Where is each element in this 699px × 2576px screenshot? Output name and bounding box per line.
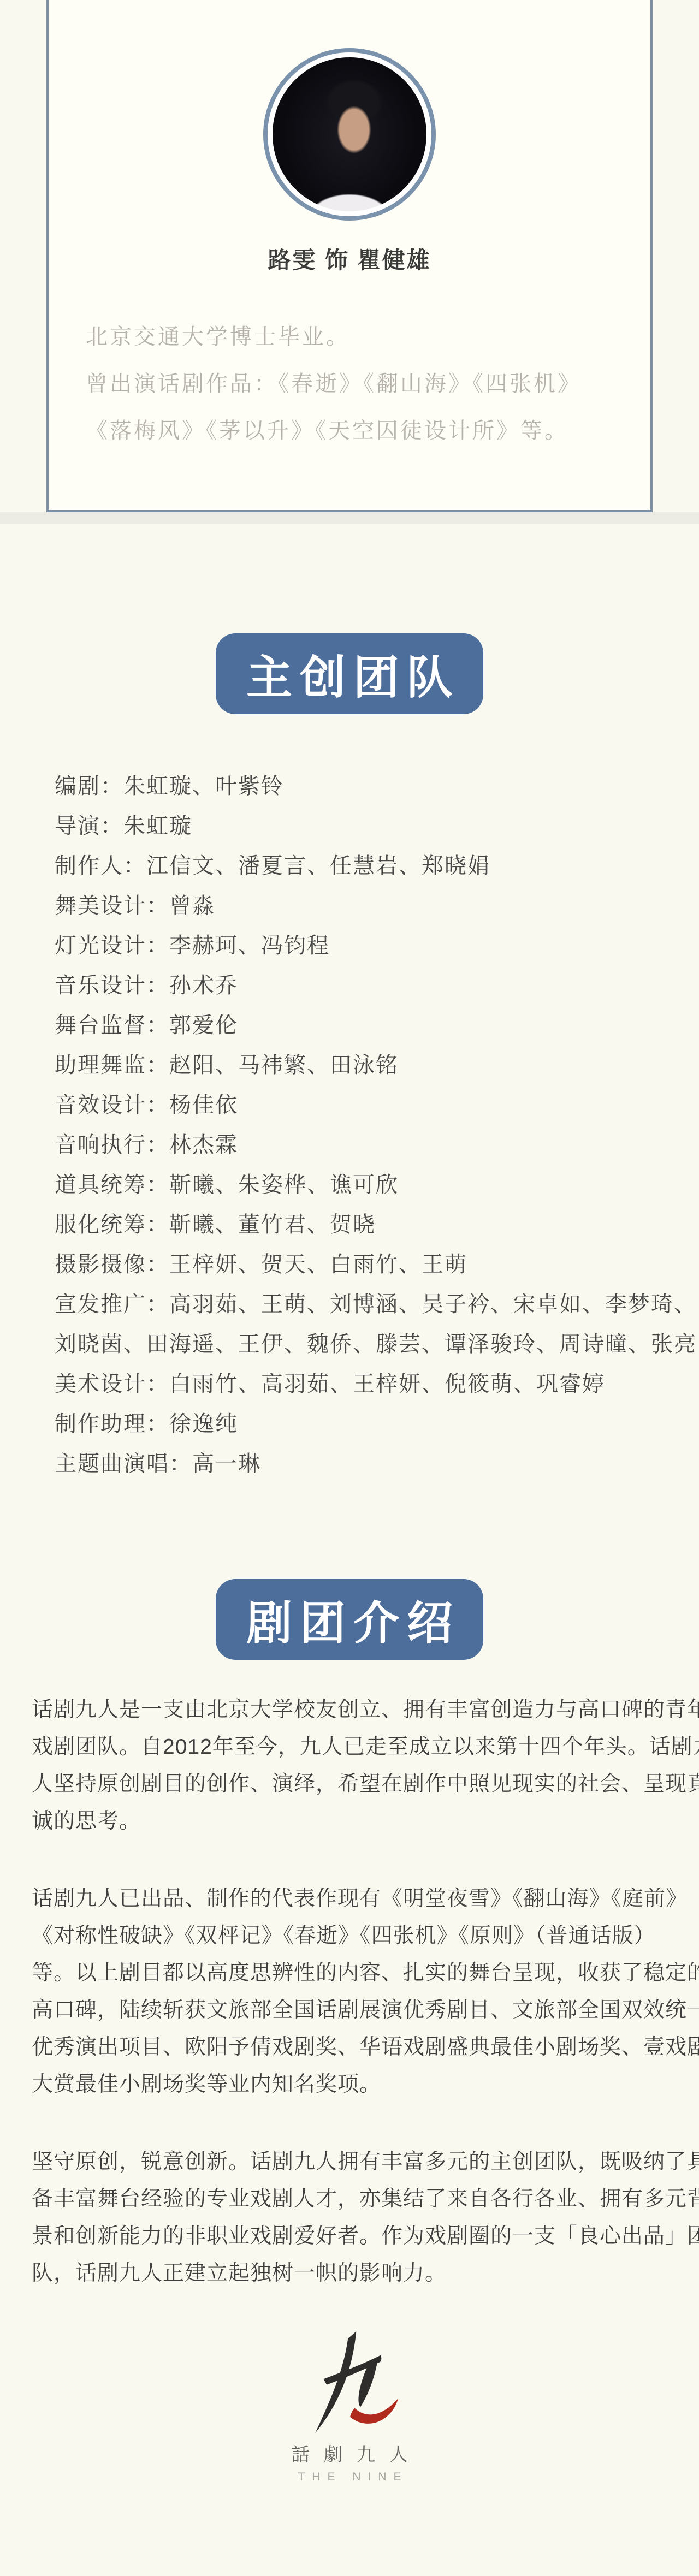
credit-line: 音乐设计：孙术乔 bbox=[55, 964, 699, 1004]
actor-card: 路雯 饰 瞿健雄 北京交通大学博士毕业。曾出演话剧作品：《春逝》《翻山海》《四张… bbox=[46, 0, 653, 512]
paragraph-line: 话剧九人是一支由北京大学校友创立、拥有丰富创造力与高口碑的青年 bbox=[32, 1691, 699, 1729]
paragraph-line: 备丰富舞台经验的专业戏剧人才，亦集结了来自各行各业、拥有多元背 bbox=[32, 2181, 699, 2218]
paragraph-line: 景和创新能力的非职业戏剧爱好者。作为戏剧圈的一支「良心出品」团 bbox=[32, 2218, 699, 2255]
bio-line: 北京交通大学博士毕业。 bbox=[86, 313, 650, 360]
paragraph-line: 戏剧团队。自2012年至今，九人已走至成立以来第十四个年头。话剧九 bbox=[32, 1729, 699, 1766]
credit-line: 宣发推广：高羽茹、王萌、刘博涵、吴子衿、宋卓如、李梦琦、 bbox=[55, 1283, 699, 1322]
troupe-intro: 话剧九人是一支由北京大学校友创立、拥有丰富创造力与高口碑的青年戏剧团队。自201… bbox=[0, 1691, 699, 2292]
credit-line: 刘晓茵、田海遥、王伊、魏侨、滕芸、谭泽骏玲、周诗曈、张亮 bbox=[55, 1322, 699, 1362]
credit-line: 道具统筹：靳曦、朱姿桦、谯可欣 bbox=[55, 1163, 699, 1203]
credit-line: 灯光设计：李赫珂、冯钧程 bbox=[55, 924, 699, 964]
logo-english-name: THE NINE bbox=[0, 2471, 699, 2484]
credit-line: 助理舞监：赵阳、马祎繁、田泳铭 bbox=[55, 1043, 699, 1083]
section-title: 主创团队 bbox=[239, 641, 460, 707]
logo-chinese-name: 話劇九人 bbox=[0, 2440, 699, 2466]
actor-bio: 北京交通大学博士毕业。曾出演话剧作品：《春逝》《翻山海》《四张机》《落梅风》《茅… bbox=[49, 313, 650, 454]
actor-photo bbox=[273, 57, 426, 211]
credit-line: 音效设计：杨佳依 bbox=[55, 1083, 699, 1123]
paragraph-line: 坚守原创，锐意创新。话剧九人拥有丰富多元的主创团队，既吸纳了具 bbox=[32, 2144, 699, 2181]
bio-line: 《落梅风》《茅以升》《天空囚徒设计所》等。 bbox=[86, 407, 650, 454]
section-title: 剧团介绍 bbox=[239, 1587, 460, 1653]
credit-line: 主题曲演唱：高一琳 bbox=[55, 1442, 699, 1482]
paragraph-line: 大赏最佳小剧场奖等业内知名奖项。 bbox=[32, 2066, 699, 2103]
section-header-creative-team: 主创团队 bbox=[216, 633, 483, 714]
bio-line: 曾出演话剧作品：《春逝》《翻山海》《四张机》 bbox=[86, 360, 650, 407]
credit-line: 导演：朱虹璇 bbox=[55, 804, 699, 844]
photo-ring bbox=[263, 48, 436, 221]
credit-line: 舞台监督：郭爱伦 bbox=[55, 1004, 699, 1043]
footer: 話劇九人 THE NINE bbox=[0, 2330, 699, 2484]
credit-line: 制作人：江信文、潘夏言、任慧岩、郑晓娟 bbox=[55, 844, 699, 884]
credit-line: 服化统筹：靳曦、董竹君、贺晓 bbox=[55, 1203, 699, 1243]
paragraph-line: 《对称性破缺》《双枰记》《春逝》《四张机》《原则》（普通话版） bbox=[32, 1918, 699, 1955]
logo-stroke-main bbox=[315, 2331, 356, 2433]
paragraph-line: 人坚持原创剧目的创作、演绎，希望在剧作中照见现实的社会、呈现真 bbox=[32, 1766, 699, 1803]
section-header-troupe-intro: 剧团介绍 bbox=[216, 1579, 483, 1660]
paragraph-line: 话剧九人已出品、制作的代表作现有《明堂夜雪》《翻山海》《庭前》 bbox=[32, 1880, 699, 1918]
paragraph-line: 高口碑，陆续斩获文旅部全国话剧展演优秀剧目、文旅部全国双效统一 bbox=[32, 1992, 699, 2029]
credit-line: 摄影摄像：王梓妍、贺天、白雨竹、王萌 bbox=[55, 1243, 699, 1283]
paragraph-line: 队，话剧九人正建立起独树一帜的影响力。 bbox=[32, 2255, 699, 2292]
credit-line: 美术设计：白雨竹、高羽茹、王梓妍、倪筱萌、巩睿婷 bbox=[55, 1362, 699, 1402]
intro-paragraph-3: 坚守原创，锐意创新。话剧九人拥有丰富多元的主创团队，既吸纳了具备丰富舞台经验的专… bbox=[32, 2144, 699, 2292]
credit-line: 编剧：朱虹璇、叶紫铃 bbox=[55, 764, 699, 804]
the-nine-logo-icon bbox=[298, 2330, 401, 2434]
credit-line: 音响执行：林杰霖 bbox=[55, 1123, 699, 1163]
logo-swoosh-red bbox=[350, 2398, 398, 2423]
actor-role-name: 路雯 饰 瞿健雄 bbox=[49, 242, 650, 275]
intro-paragraph-2: 话剧九人已出品、制作的代表作现有《明堂夜雪》《翻山海》《庭前》《对称性破缺》《双… bbox=[32, 1880, 699, 2103]
intro-paragraph-1: 话剧九人是一支由北京大学校友创立、拥有丰富创造力与高口碑的青年戏剧团队。自201… bbox=[32, 1691, 699, 1840]
paragraph-line: 等。以上剧目都以高度思辨性的内容、扎实的舞台呈现，收获了稳定的 bbox=[32, 1955, 699, 1992]
credit-line: 制作助理：徐逸纯 bbox=[55, 1402, 699, 1442]
paragraph-line: 优秀演出项目、欧阳予倩戏剧奖、华语戏剧盛典最佳小剧场奖、壹戏剧 bbox=[32, 2029, 699, 2066]
credit-line: 舞美设计：曾淼 bbox=[55, 884, 699, 924]
article-page: { "page": { "background": "#faf9f0" }, "… bbox=[0, 0, 699, 2576]
credits-list: 编剧：朱虹璇、叶紫铃导演：朱虹璇制作人：江信文、潘夏言、任慧岩、郑晓娟舞美设计：… bbox=[0, 764, 699, 1482]
paragraph-line: 诚的思考。 bbox=[32, 1803, 699, 1840]
divider-band bbox=[0, 512, 699, 524]
